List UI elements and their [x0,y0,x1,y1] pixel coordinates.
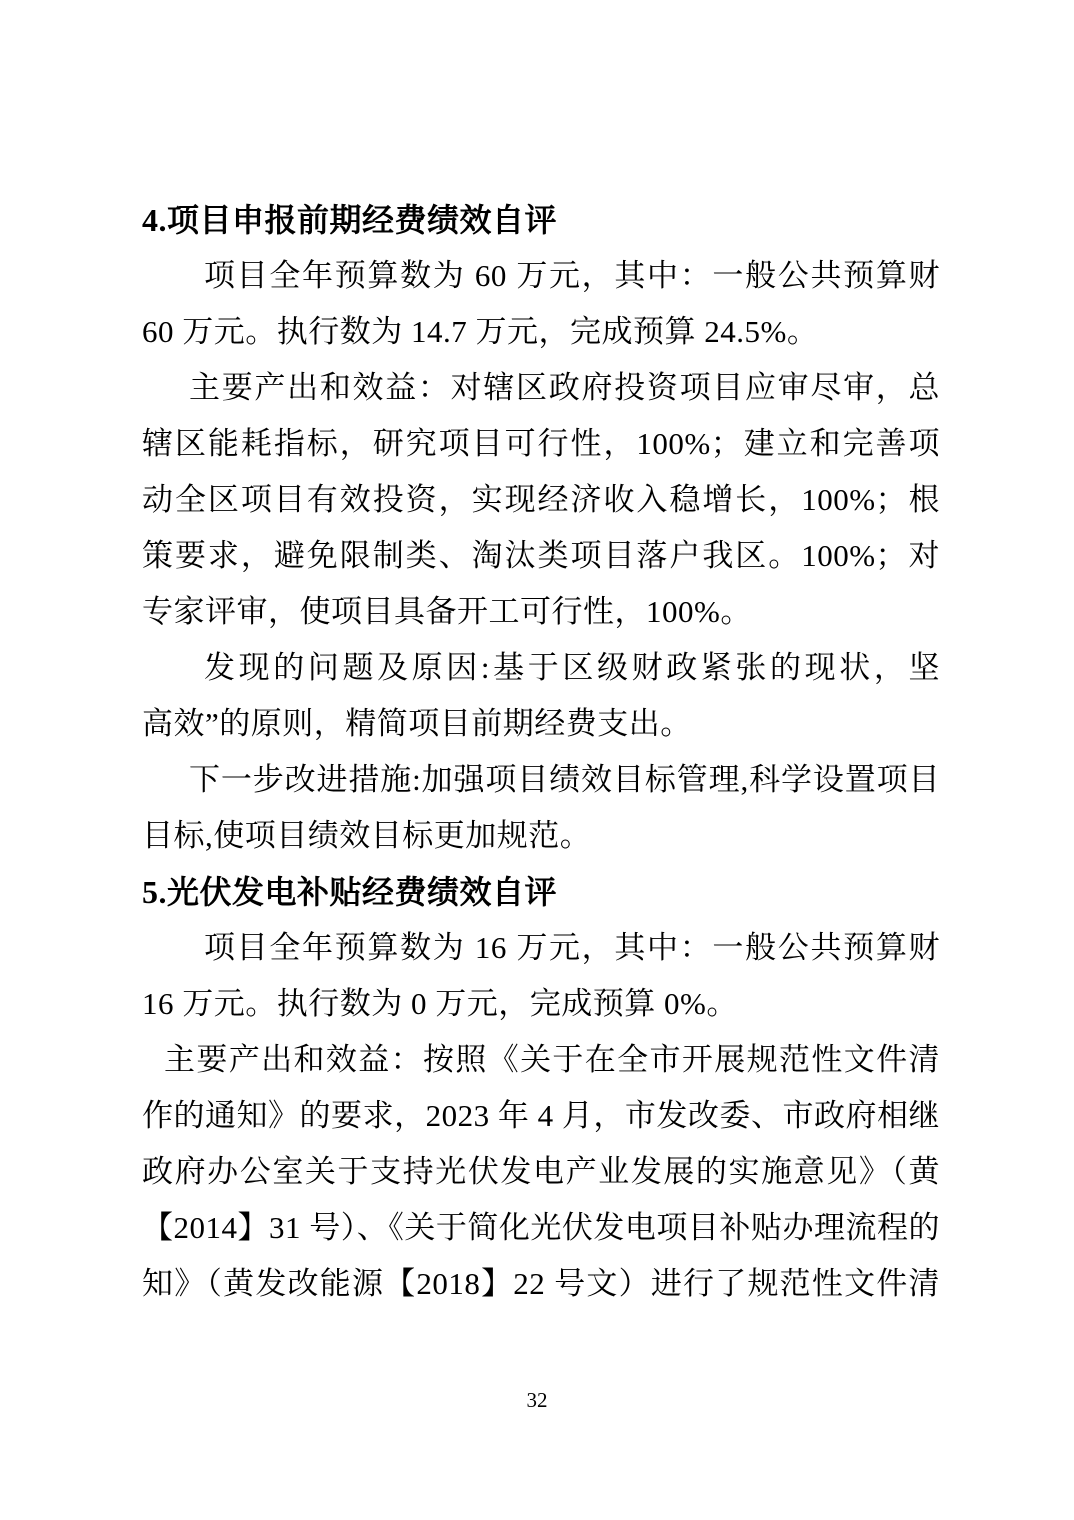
page-number: 32 [0,1386,1074,1414]
text-line: 目标,使项目绩效目标更加规范。 [142,808,940,864]
para-budget-execution-4: 项目全年预算数为 60 万元，其中：一般公共预算财政拨款 60 万元。执行数为 … [142,248,940,360]
section-heading-4: 4.项目申报前期经费绩效自评 [142,192,940,248]
text-line: 策要求，避免限制类、淘汰类项目落户我区。100%；对项目进行 [142,528,940,584]
document-body: 4.项目申报前期经费绩效自评 项目全年预算数为 60 万元，其中：一般公共预算财… [142,192,940,1312]
text-line: 知》（黄发改能源【2018】22 号文）进行了规范性文件清理， [142,1256,940,1312]
section-heading-5: 5.光伏发电补贴经费绩效自评 [142,864,940,920]
text-line: 项目全年预算数为 60 万元，其中：一般公共预算财政拨款 [142,248,940,304]
heading-text: 5.光伏发电补贴经费绩效自评 [142,864,940,920]
text-line: 项目全年预算数为 16 万元，其中：一般公共预算财政拨款 [142,920,940,976]
para-outputs-benefits-4: 主要产出和效益：对辖区政府投资项目应审尽审，总体把握 辖区能耗指标，研究项目可行… [142,360,940,640]
text-line: 60 万元。执行数为 14.7 万元，完成预算 24.5%。 [142,304,940,360]
text-line: 高效”的原则，精简项目前期经费支出。 [142,696,940,752]
text-line: 【2014】31 号）、《关于简化光伏发电项目补贴办理流程的通 [142,1200,940,1256]
para-outputs-benefits-5: 主要产出和效益：按照《关于在全市开展规范性文件清理工 作的通知》的要求，2023… [142,1032,940,1312]
text-line: 主要产出和效益：对辖区政府投资项目应审尽审，总体把握 [142,360,940,416]
text-line: 动全区项目有效投资，实现经济收入稳增长，100%；根据产业政 [142,472,940,528]
text-line: 下一步改进措施:加强项目绩效目标管理,科学设置项目绩效 [142,752,940,808]
document-page: 4.项目申报前期经费绩效自评 项目全年预算数为 60 万元，其中：一般公共预算财… [0,0,1074,1520]
text-line: 主要产出和效益：按照《关于在全市开展规范性文件清理工 [142,1032,940,1088]
para-budget-execution-5: 项目全年预算数为 16 万元，其中：一般公共预算财政拨款 16 万元。执行数为 … [142,920,940,1032]
text-line: 专家评审，使项目具备开工可行性，100%。 [142,584,940,640]
text-line: 政府办公室关于支持光伏发电产业发展的实施意见》（黄政办发 [142,1144,940,1200]
text-line: 发现的问题及原因:基于区级财政紧张的现状，坚持“节约、 [142,640,940,696]
text-line: 辖区能耗指标，研究项目可行性，100%；建立和完善项目库。推 [142,416,940,472]
text-line: 16 万元。执行数为 0 万元，完成预算 0%。 [142,976,940,1032]
para-problems-causes: 发现的问题及原因:基于区级财政紧张的现状，坚持“节约、 高效”的原则，精简项目前… [142,640,940,752]
heading-text: 4.项目申报前期经费绩效自评 [142,192,940,248]
para-improvement-measures: 下一步改进措施:加强项目绩效目标管理,科学设置项目绩效 目标,使项目绩效目标更加… [142,752,940,864]
text-line: 作的通知》的要求，2023 年 4 月，市发改委、市政府相继对《市 [142,1088,940,1144]
